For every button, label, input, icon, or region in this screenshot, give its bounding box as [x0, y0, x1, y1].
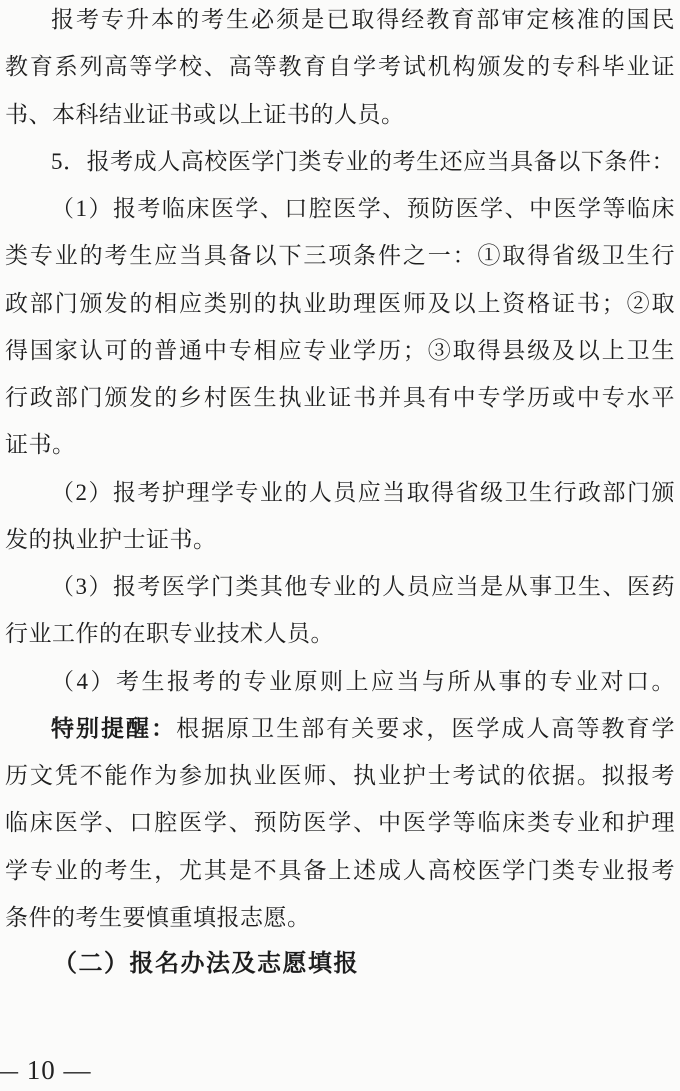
text-segment: 报考专升本的考生必须是已取得经教育部审定核准的国民 [51, 7, 675, 32]
text-segment: （二）报名办法及志愿填报 [53, 951, 359, 977]
text-segment: 证书。 [5, 432, 76, 457]
document-body: 报考专升本的考生必须是已取得经教育部审定核准的国民教育系列高等学校、高等教育自学… [5, 0, 675, 988]
text-segment: 历文凭不能作为参加执业医师、执业护士考试的依据。拟报考 [5, 763, 675, 788]
text-line: 证书。 [5, 421, 675, 468]
text-segment: （4）考生报考的专业原则上应当与所从事的专业对口。 [51, 669, 675, 694]
text-segment: 类专业的考生应当具备以下三项条件之一：①取得省级卫生行 [5, 243, 675, 268]
text-line: 条件的考生要慎重填报志愿。 [5, 894, 675, 941]
text-line: （2）报考护理学专业的人员应当取得省级卫生行政部门颁 [5, 469, 675, 516]
text-segment: 教育系列高等学校、高等教育自学考试机构颁发的专科毕业证 [5, 54, 675, 79]
text-line: 教育系列高等学校、高等教育自学考试机构颁发的专科毕业证 [5, 43, 675, 90]
page-number: — 10 — [0, 1050, 92, 1090]
text-segment: 学专业的考生，尤其是不具备上述成人高校医学门类专业报考 [5, 858, 675, 883]
text-line: 得国家认可的普通中专相应专业学历；③取得县级及以上卫生 [5, 327, 675, 374]
text-segment: 行政部门颁发的乡村医生执业证书并具有中专学历或中专水平 [5, 385, 675, 410]
document-page: 报考专升本的考生必须是已取得经教育部审定核准的国民教育系列高等学校、高等教育自学… [0, 0, 680, 1091]
text-segment: 政部门颁发的相应类别的执业助理医师及以上资格证书；②取 [5, 291, 675, 316]
text-line: 书、本科结业证书或以上证书的人员。 [5, 91, 675, 138]
text-segment: 得国家认可的普通中专相应专业学历；③取得县级及以上卫生 [5, 338, 675, 363]
text-line: 报考专升本的考生必须是已取得经教育部审定核准的国民 [5, 0, 675, 43]
text-segment: 条件的考生要慎重填报志愿。 [5, 905, 311, 930]
text-segment: （3）报考医学门类其他专业的人员应当是从事卫生、医药 [51, 574, 675, 599]
text-line: 发的执业护士证书。 [5, 516, 675, 563]
text-line: 学专业的考生，尤其是不具备上述成人高校医学门类专业报考 [5, 847, 675, 894]
text-segment: 书、本科结业证书或以上证书的人员。 [5, 102, 405, 127]
text-segment: 根据原卫生部有关要求，医学成人高等教育学 [176, 716, 675, 741]
text-segment: 5．报考成人高校医学门类专业的考生还应当具备以下条件： [51, 149, 675, 174]
text-line: （4）考生报考的专业原则上应当与所从事的专业对口。 [5, 658, 675, 705]
text-line: 行业工作的在职专业技术人员。 [5, 610, 675, 657]
text-line: 临床医学、口腔医学、预防医学、中医学等临床类专业和护理 [5, 799, 675, 846]
text-segment: （1）报考临床医学、口腔医学、预防医学、中医学等临床 [51, 196, 675, 221]
text-line: 历文凭不能作为参加执业医师、执业护士考试的依据。拟报考 [5, 752, 675, 799]
text-line: 特别提醒：根据原卫生部有关要求，医学成人高等教育学 [5, 705, 675, 752]
text-segment: 行业工作的在职专业技术人员。 [5, 621, 334, 646]
text-segment: 临床医学、口腔医学、预防医学、中医学等临床类专业和护理 [5, 810, 675, 835]
text-line: 行政部门颁发的乡村医生执业证书并具有中专学历或中专水平 [5, 374, 675, 421]
section-heading: （二）报名办法及志愿填报 [5, 941, 675, 988]
text-line: （3）报考医学门类其他专业的人员应当是从事卫生、医药 [5, 563, 675, 610]
text-segment: （2）报考护理学专业的人员应当取得省级卫生行政部门颁 [51, 480, 675, 505]
text-line: 类专业的考生应当具备以下三项条件之一：①取得省级卫生行 [5, 232, 675, 279]
text-line: （1）报考临床医学、口腔医学、预防医学、中医学等临床 [5, 185, 675, 232]
text-line: 政部门颁发的相应类别的执业助理医师及以上资格证书；②取 [5, 280, 675, 327]
text-line: 5．报考成人高校医学门类专业的考生还应当具备以下条件： [5, 138, 675, 185]
emphasis-label: 特别提醒： [51, 716, 176, 741]
text-segment: 发的执业护士证书。 [5, 527, 217, 552]
